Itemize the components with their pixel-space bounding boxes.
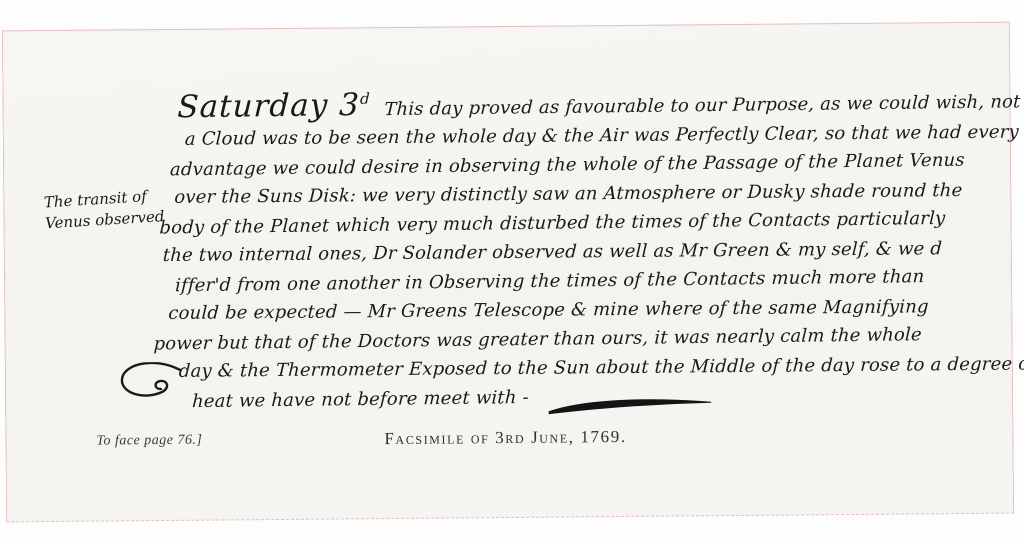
manuscript-line-text: This day proved as favourable to our Pur… [384, 91, 1021, 120]
ink-dash-flourish-icon [546, 395, 716, 418]
date-heading: Saturday 3d [177, 87, 371, 125]
caption-face-page: To face page 76.] [96, 433, 202, 450]
caption-facsimile-title: Facsimile of 3rd June, 1769. [384, 427, 626, 449]
date-heading-superscript: d [360, 90, 371, 108]
manuscript-text: Saturday 3dThis day proved as favourable… [151, 79, 999, 416]
ink-swirl-flourish-icon [116, 362, 186, 405]
date-heading-text: Saturday 3 [177, 87, 361, 125]
facsimile-page: The transit of Venus observed Saturday 3… [2, 22, 1014, 523]
